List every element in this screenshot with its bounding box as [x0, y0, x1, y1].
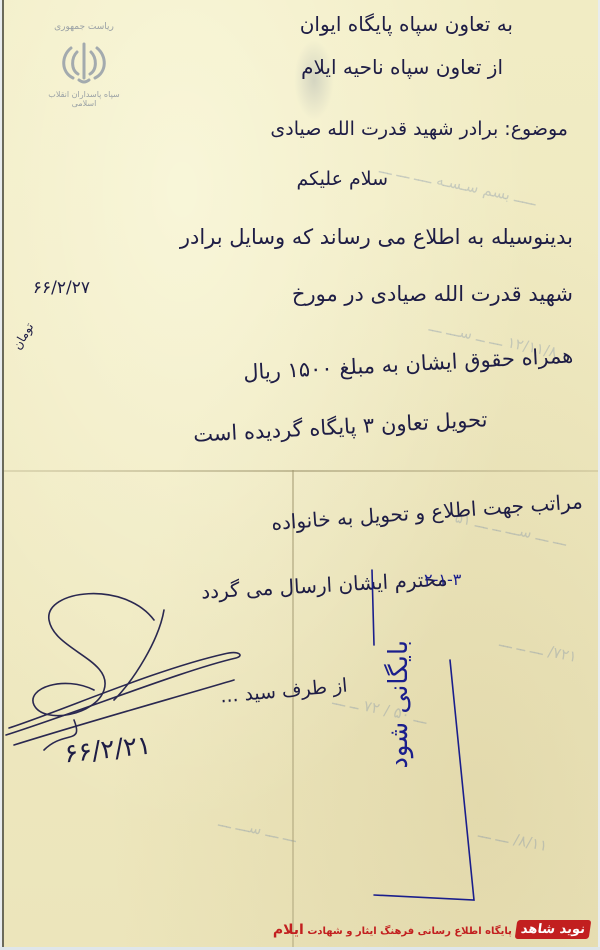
greeting: سلام علیکم [296, 168, 388, 190]
blue-ink-bracket [354, 560, 514, 930]
body-line-4: تحویل تعاون ۳ پایگاه گردیده است [193, 407, 488, 446]
body-date: ۶۶/۲/۲۷ [33, 278, 90, 298]
body-line-3: همراه حقوق ایشان به مبلغ ۱۵۰۰ ریال [242, 343, 573, 384]
letterhead: ریاست جمهوری سپاه پاسداران انقلاب اسلامی [44, 22, 124, 108]
iran-emblem-icon [59, 40, 109, 84]
fold-line-horizontal [4, 470, 598, 472]
scanned-letter: ـــــ بسم سـسـه ــــ ـــ ـــ ۱۲/۱۱/۸ ـــ… [2, 0, 598, 947]
blue-annotation-number: ۲-۱-۳ [424, 570, 461, 589]
blue-annotation-vertical: بایگانی شود [384, 640, 414, 769]
fold-line-vertical [292, 470, 294, 947]
body-line-1: بدینوسیله به اطلاع می رساند که وسایل برا… [180, 225, 573, 249]
letterhead-organization: سپاه پاسداران انقلاب اسلامی [44, 90, 124, 108]
recipient-line-1: به تعاون سپاه پایگاه ایوان [300, 12, 513, 36]
faded-stamp [294, 40, 334, 120]
navid-shahed-logo: نوید شاهد [515, 920, 592, 939]
watermark-caption: پایگاه اطلاع رسانی فرهنگ ایثار و شهادت ا… [273, 922, 512, 938]
margin-note: تومان [10, 320, 36, 352]
body-line-2: شهید قدرت الله صیادی در مورخ [292, 282, 573, 306]
bleed-through-text: ـــــ بسم سـسـه ــــ ـــ ـــ [378, 159, 538, 210]
site-watermark: نوید شاهد پایگاه اطلاع رسانی فرهنگ ایثار… [273, 920, 590, 939]
bleed-through-text: ـــ ـــ ســـ ـــ [217, 812, 299, 846]
subject-line: موضوع: برادر شهید قدرت الله صیادی [270, 118, 568, 140]
recipient-line-2: از تعاون سپاه ناحیه ایلام [301, 55, 503, 79]
letterhead-motto: ریاست جمهوری [44, 22, 124, 32]
